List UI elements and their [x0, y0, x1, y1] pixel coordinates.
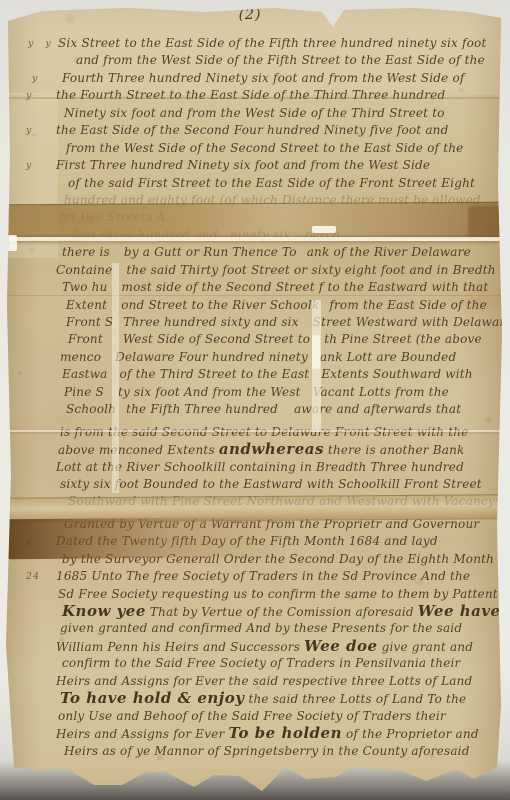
fragment-gap: [116, 412, 126, 413]
manuscript-line: from the West Side of the Second Street …: [66, 140, 490, 157]
fragment-gap: [299, 325, 313, 326]
fragment-gap: [310, 342, 324, 343]
script-text: there is: [62, 245, 110, 259]
script-text: perch: [304, 228, 340, 242]
fragment-gap: [104, 395, 118, 396]
manuscript-line: 241685 Unto The free Society of Traders …: [56, 568, 490, 585]
manuscript-line: yFourth Three hundred Ninety six foot an…: [62, 70, 490, 87]
manuscript-line: mencoDelaware Four hundred ninetyank Lot…: [60, 349, 490, 366]
margin-mark: y: [26, 87, 54, 104]
script-text: ond Street to the River Schoolk: [121, 298, 319, 312]
script-text: feet three hundred and: [72, 228, 218, 242]
manuscript-line: Eastwaof the Third Street to the EastExt…: [62, 366, 490, 383]
script-text: of the Proprietor and: [342, 727, 479, 741]
script-text: Extents Southward with: [321, 367, 472, 381]
script-text: Lott at the River Schoolkill containing …: [56, 460, 464, 474]
emphasized-script: Wee doe: [304, 637, 377, 655]
script-text: of the said First Street to the East Sid…: [68, 176, 475, 190]
manuscript-line: given granted and confirmed And by these…: [60, 620, 490, 637]
script-text: from the West Side of the Second Street …: [66, 141, 463, 155]
manuscript-line: ythe Fourth Street to the East Side of t…: [56, 87, 490, 104]
script-text: Granted by Vertue of a Warrant from the …: [64, 517, 479, 531]
manuscript-line: Extentond Street to the River Schoolkfro…: [66, 297, 490, 314]
script-text: Schoolh: [66, 402, 116, 416]
manuscript-line: Southward with Pine Street Northward and…: [68, 493, 490, 510]
script-text: the Fifth Three hundred: [126, 402, 278, 416]
fragment-gap: [278, 412, 294, 413]
script-text: above menconed Extents: [58, 443, 219, 457]
paper-left-fragment: [6, 93, 58, 258]
margin-mark: 24: [26, 568, 54, 585]
script-text: the said three Lotts of Land To the: [244, 692, 466, 706]
script-text: and from the West Side of the Fifth Stre…: [76, 53, 485, 67]
script-text: ty six foot And from the West: [118, 385, 301, 399]
script-text: That by Vertue of the Comission aforesai…: [146, 605, 418, 619]
fragment-gap: [108, 290, 122, 291]
manuscript-page: (2) y ySix Street to the East Side of th…: [6, 5, 504, 795]
manuscript-line: is from the said Second Street to Delawa…: [60, 424, 490, 441]
fragment-gap: [107, 308, 121, 309]
fragment-gap: [308, 360, 320, 361]
manuscript-line: William Penn his Heirs and Successors We…: [56, 638, 490, 655]
script-text: Heirs and Assigns for Ever the said resp…: [56, 674, 472, 688]
manuscript-line: sixty six foot Bounded to the Eastward w…: [60, 476, 490, 493]
script-text: most side of the Second Street f to the …: [122, 280, 489, 294]
emphasized-script: To be holden: [229, 724, 342, 742]
script-text: West Side of Second Street to: [123, 332, 310, 346]
script-text: Six Street to the East Side of the Fifth…: [58, 36, 486, 50]
manuscript-line: Heirs and Assigns for Ever the said resp…: [56, 673, 490, 690]
script-text: William Penn his Heirs and Successors: [56, 640, 304, 654]
manuscript-line: Schoolhthe Fifth Three hundredaware and …: [66, 401, 490, 418]
manuscript-line: Granted by Vertue of a Warrant from the …: [64, 516, 490, 533]
script-text: Southward with Pine Street Northward and…: [68, 494, 501, 508]
script-text: First Three hundred Ninety six foot and …: [56, 158, 430, 172]
script-text: Extent: [66, 298, 107, 312]
margin-mark: y: [32, 70, 60, 87]
script-text: Vacant Lotts from the: [313, 385, 449, 399]
script-text: Delaware Four hundred ninety: [115, 350, 308, 364]
script-text: Eastwa: [62, 367, 108, 381]
script-text: Fourth Three hundred Ninety six foot and…: [62, 71, 465, 85]
manuscript-line: To have hold & enjoy the said three Lott…: [60, 690, 490, 707]
script-text: Street Westward with Delaware: [313, 315, 510, 329]
script-text: Two hu: [62, 280, 108, 294]
fragment-gap: [218, 238, 230, 239]
manuscript-line: and from the West Side of the Fifth Stre…: [76, 52, 490, 69]
script-text: by the Surveyor Generall Order the Secon…: [62, 552, 494, 566]
manuscript-line: let two Streets A: [60, 209, 490, 226]
emphasized-script: To have hold & enjoy: [60, 689, 244, 707]
fragment-gap: [297, 255, 307, 256]
script-text: the Fourth Street to the East Side of th…: [56, 88, 445, 102]
script-text: Three hundred sixty and six: [123, 315, 298, 329]
script-text: aware and afterwards that: [294, 402, 461, 416]
manuscript-line: of the said First Street to the East Sid…: [68, 175, 490, 192]
script-text: the East Side of the Second Four hundred…: [56, 123, 449, 137]
manuscript-line: confirm to the Said Free Society of Trad…: [62, 655, 490, 672]
emphasized-script: andwhereas: [219, 440, 324, 458]
script-text: ninety six: [230, 228, 291, 242]
manuscript-line: yDated the Twenty fifth Day of the Fifth…: [56, 533, 490, 550]
script-text: menco: [60, 350, 101, 364]
paper-gap: [6, 235, 17, 251]
manuscript-line: Containethe said Thirty foot Street or s…: [56, 262, 490, 279]
manuscript-line: Heirs and Assigns for Ever To be holden …: [56, 725, 490, 742]
script-text: Pine S: [64, 385, 104, 399]
fragment-gap: [113, 325, 123, 326]
fragment-gap: [103, 342, 123, 343]
script-text: given granted and confirmed And by these…: [60, 621, 462, 635]
margin-mark: y: [26, 122, 54, 139]
manuscript-line: by the Surveyor Generall Order the Secon…: [62, 551, 490, 568]
script-text: confirm to the Said Free Society of Trad…: [62, 656, 460, 670]
script-text: Heirs as of ye Mannor of Springetsberry …: [64, 744, 470, 758]
script-text: Containe: [56, 263, 112, 277]
script-text: the said Thirty foot Street or sixty eig…: [126, 263, 495, 277]
manuscript-line: above menconed Extents andwhereas there …: [58, 441, 490, 458]
script-text: hundred and eighty foot (of which Distan…: [64, 193, 481, 207]
fragment-gap: [108, 377, 120, 378]
script-text: Sd Free Society requesting us to confirm…: [58, 587, 498, 601]
manuscript-line: Lott at the River Schoolkill containing …: [56, 459, 490, 476]
manuscript-line: Heirs as of ye Mannor of Springetsberry …: [64, 743, 490, 760]
script-text: Dated the Twenty fifth Day of the Fifth …: [56, 534, 438, 548]
manuscript-line: feet three hundred andninety sixperch: [72, 227, 490, 244]
script-text: ank Lott are Bounded: [320, 350, 456, 364]
manuscript-line: FrontWest Side of Second Street toth Pin…: [68, 331, 490, 348]
script-text: Heirs and Assigns for Ever: [56, 727, 229, 741]
script-text: by a Gutt or Run Thence To: [124, 245, 297, 259]
script-text: of the Third Street to the East: [120, 367, 310, 381]
margin-mark: y: [26, 533, 54, 550]
manuscript-line: Ninety six foot and from the West Side o…: [64, 105, 490, 122]
photo-stage: (2) y ySix Street to the East Side of th…: [0, 0, 510, 800]
script-text: is from the said Second Street to Delawa…: [60, 425, 468, 439]
emphasized-script: Know yee: [62, 602, 146, 620]
manuscript-lines: y ySix Street to the East Side of the Fi…: [56, 35, 490, 760]
script-text: Front S: [66, 315, 113, 329]
manuscript-line: Pine Sty six foot And from the WestVacan…: [64, 384, 490, 401]
manuscript-line: yFirst Three hundred Ninety six foot and…: [56, 157, 490, 174]
script-text: th Pine Street (the above: [324, 332, 482, 346]
margin-mark: y: [26, 157, 54, 174]
manuscript-line: only Use and Behoof of the Said Free Soc…: [58, 708, 490, 725]
script-text: only Use and Behoof of the Said Free Soc…: [58, 709, 446, 723]
script-text: Ninety six foot and from the West Side o…: [64, 106, 445, 120]
manuscript-line: Two humost side of the Second Street f t…: [62, 279, 490, 296]
manuscript-line: ythe East Side of the Second Four hundre…: [56, 122, 490, 139]
script-text: 1685 Unto The free Society of Traders in…: [56, 569, 470, 583]
manuscript-line: there isby a Gutt or Run Thence Toank of…: [62, 244, 490, 261]
manuscript-line: Know yee That by Vertue of the Comission…: [62, 603, 490, 620]
page-number: (2): [210, 7, 290, 23]
manuscript-line: hundred and eighty foot (of which Distan…: [64, 192, 490, 209]
manuscript-line: Sd Free Society requesting us to confirm…: [58, 586, 490, 603]
manuscript-line: Front SThree hundred sixty and sixStreet…: [66, 314, 490, 331]
script-text: give grant and: [378, 640, 474, 654]
emphasized-script: Wee have: [418, 602, 501, 620]
fragment-gap: [290, 238, 304, 239]
fragment-gap: [112, 273, 126, 274]
fragment-gap: [319, 308, 329, 309]
fragment-gap: [101, 360, 115, 361]
fragment-gap: [110, 255, 124, 256]
script-text: Front: [68, 332, 103, 346]
margin-mark: y y: [28, 35, 56, 52]
manuscript-line: y ySix Street to the East Side of the Fi…: [58, 35, 490, 52]
script-text: from the East Side of the: [329, 298, 487, 312]
script-text: ank of the River Delaware: [307, 245, 471, 259]
fragment-gap: [309, 377, 321, 378]
script-text: let two Streets A: [60, 210, 166, 224]
fragment-gap: [301, 395, 313, 396]
script-text: there is another Bank: [324, 443, 465, 457]
script-text: sixty six foot Bounded to the Eastward w…: [60, 477, 482, 491]
